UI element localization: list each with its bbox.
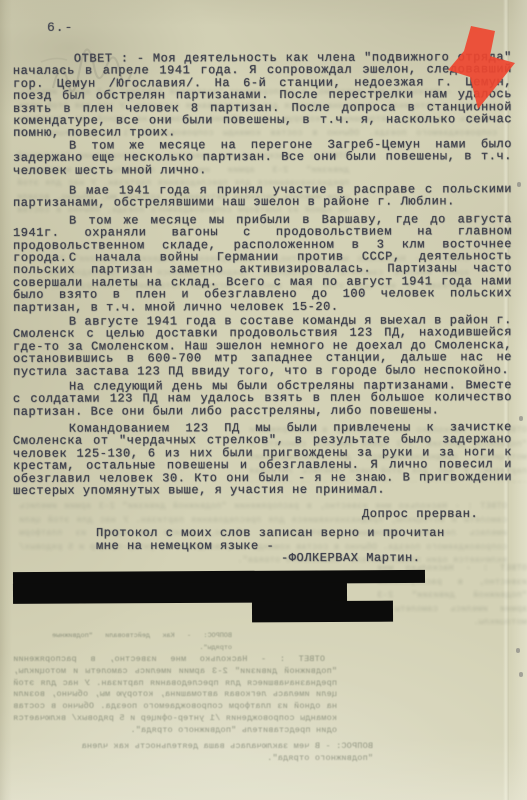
ink-speck xyxy=(519,672,523,677)
bleedthrough-question-1: ВОПРОС: - Как действовали "подвижные отр… xyxy=(52,631,232,655)
page-number: 6.- xyxy=(47,20,73,35)
bleedthrough-question-2: ВОПРОС: - В чем заключалась ваша деятель… xyxy=(73,741,373,753)
protocol-paragraph: На следующий день мы были обстреляны пар… xyxy=(13,379,512,418)
closing-statement-line-2: мне на немецком языке - xyxy=(96,540,274,552)
redaction-bar xyxy=(252,601,393,623)
red-arrow-icon xyxy=(447,26,519,110)
protocol-paragraph: Командованием 123 ПД мы были привлечены … xyxy=(13,421,512,497)
status-line: Допрос прерван. xyxy=(362,508,478,520)
bleedthrough-answer: ОТВЕТ : - Насколько мне известно, в расп… xyxy=(13,654,337,737)
protocol-paragraph: В мае 1941 года я принял участие в распр… xyxy=(13,183,512,210)
bleedthrough-question-2-continued: "подвижного отряда". xyxy=(243,753,373,765)
protocol-paragraph: В том же месяце на перегоне Загреб-Цемун… xyxy=(13,138,512,177)
protocol-paragraph: В августе 1941 года в составе команды я … xyxy=(13,314,512,378)
scanned-protocol-page: ОТВЕТ : - Насколько мне известно, в расп… xyxy=(0,0,527,800)
ink-speck xyxy=(519,416,523,421)
signature: -ФОЛКЕРВАХ Мартин. xyxy=(281,552,421,564)
closing-statement-line-1: Протокол с моих слов записан верно и про… xyxy=(96,527,445,539)
protocol-paragraph: ОТВЕТ : - Моя деятельность как члена "по… xyxy=(13,51,512,140)
ink-speck xyxy=(516,648,520,653)
protocol-paragraph: С начала войны Германии против СССР, дея… xyxy=(13,250,512,314)
ink-speck xyxy=(517,182,521,187)
